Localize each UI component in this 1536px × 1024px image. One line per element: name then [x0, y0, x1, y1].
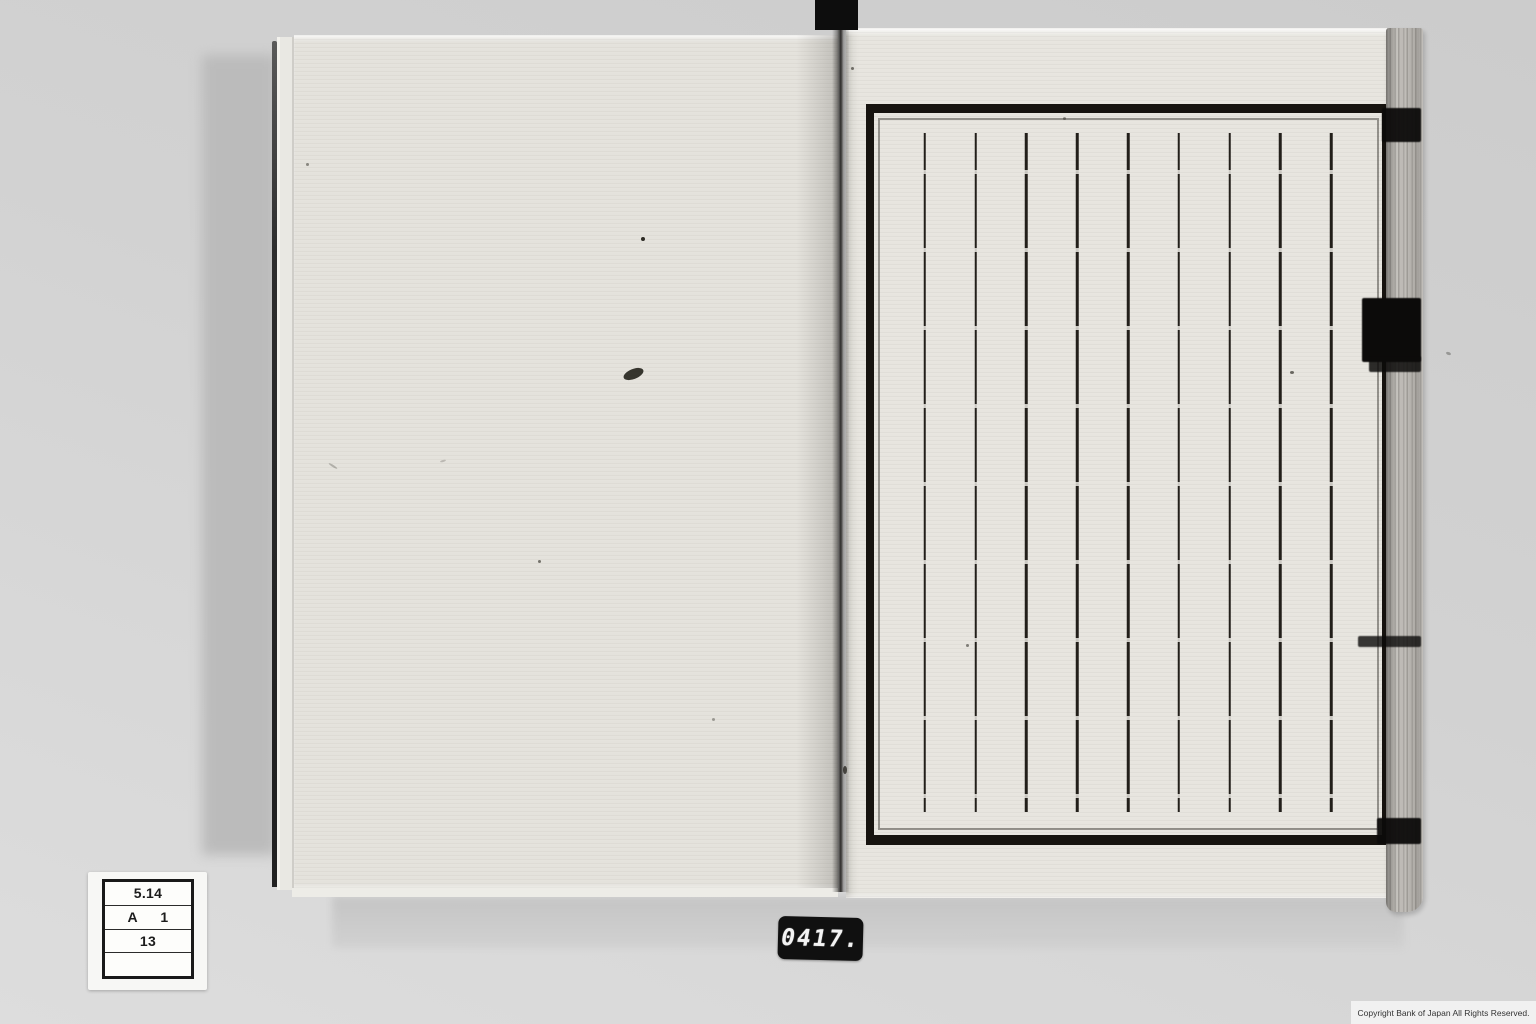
- column-rule-line: [1228, 133, 1231, 812]
- dust-speck: [843, 766, 847, 774]
- dust-speck: [712, 718, 715, 721]
- fore-edge-ink-mark: [1382, 108, 1421, 142]
- frame-counter-display: 0417.: [777, 916, 863, 961]
- counter-digits: 0417.: [778, 925, 862, 953]
- label-row-1: 5.14: [105, 882, 191, 905]
- ruled-sheet-frame: [866, 104, 1390, 845]
- shelf-label-frame: 5.14 A 1 13: [102, 879, 194, 979]
- fore-edge-ink-mark: [1369, 356, 1421, 372]
- shelf-label-card: 5.14 A 1 13: [88, 872, 207, 990]
- column-rule-line: [1178, 133, 1181, 812]
- under-page-edge: [292, 888, 838, 897]
- dust-speck: [538, 560, 541, 563]
- copyright-strip: Copyright Bank of Japan All Rights Reser…: [1351, 1001, 1536, 1024]
- label-row-4: [105, 952, 191, 976]
- dust-speck: [851, 67, 854, 70]
- column-rule-line: [1076, 133, 1079, 812]
- column-rule-line: [1127, 133, 1130, 812]
- dust-speck: [306, 163, 309, 166]
- fore-edge-ink-mark: [1358, 636, 1421, 647]
- dust-speck: [966, 644, 969, 647]
- bookmark-ribbon: [815, 0, 858, 30]
- column-rule-line: [1279, 133, 1282, 812]
- page-edges-strip: [277, 37, 294, 890]
- column-rule-line: [974, 133, 977, 812]
- left-page-surface: [294, 35, 838, 890]
- dust-speck: [1063, 117, 1066, 120]
- column-rule-line: [924, 133, 927, 812]
- label-row-2: A 1: [105, 905, 191, 929]
- label-series-letter: A: [127, 909, 137, 925]
- label-call-number: 5.14: [134, 885, 162, 901]
- label-series-number: 1: [160, 909, 168, 925]
- fore-edge-ink-mark: [1377, 818, 1421, 844]
- dust-speck: [1290, 371, 1294, 374]
- column-rule-line: [1330, 133, 1333, 812]
- copyright-text: Copyright Bank of Japan All Rights Reser…: [1358, 1008, 1530, 1018]
- column-rule-line: [1025, 133, 1028, 812]
- label-item-number: 13: [140, 933, 156, 949]
- left-page: [272, 35, 838, 890]
- fore-edge: [1386, 28, 1423, 912]
- book-scan-photo: 5.14 A 1 13 0417. Copyright Bank of Japa…: [0, 0, 1536, 1024]
- label-row-3: 13: [105, 929, 191, 953]
- book-cast-shadow-left: [202, 55, 276, 855]
- dust-speck: [641, 237, 645, 241]
- book-cast-shadow-bottom: [332, 896, 1404, 948]
- fore-edge-ink-mark: [1362, 298, 1421, 362]
- dust-speck: [1446, 351, 1452, 356]
- gutter-shadow: [832, 30, 849, 892]
